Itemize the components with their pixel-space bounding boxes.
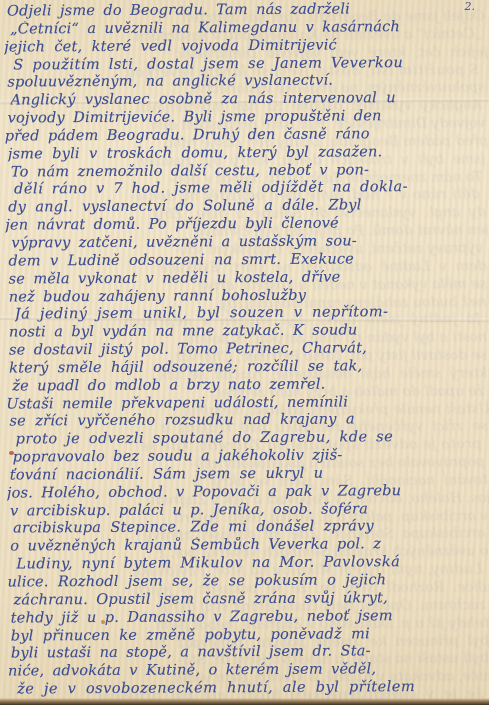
scan-edge [0, 698, 489, 705]
handwritten-letter-page: Odjeli jsme do Beogradu. Tam nás zadržel… [0, 0, 489, 705]
handwritten-line: že je v osvobozeneckém hnutí, ale byl př… [17, 679, 487, 700]
letter-body: Odjeli jsme do Beogradu. Tam nás zadržel… [7, 1, 487, 700]
ink-speck [101, 620, 105, 624]
ink-speck [9, 451, 14, 455]
